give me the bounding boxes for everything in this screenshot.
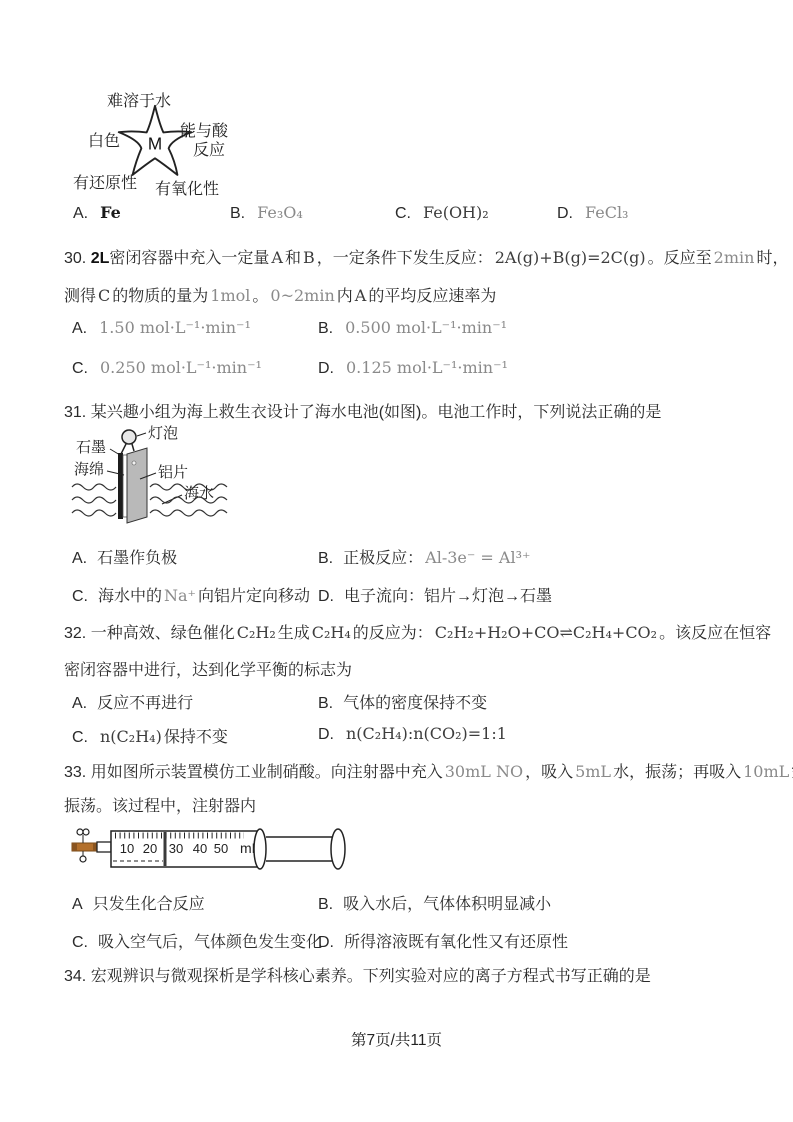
q32-stem-line2: 密闭容器中进行，达到化学平衡的标志为 (64, 657, 352, 680)
battery-label-seawater: 海水 (184, 485, 214, 502)
tick-40: 40 (193, 841, 207, 856)
q29-option-c: C.Fe(OH)₂ (395, 203, 491, 223)
q33-option-b: B.吸入水后，气体体积明显减小 (318, 891, 551, 914)
graphite-plate (118, 453, 123, 519)
bulb-icon (122, 430, 136, 444)
q33-option-c: C.吸入空气后，气体颜色发生变化 (72, 929, 322, 952)
q31-option-d: D.电子流向：铝片→灯泡→石墨 (318, 583, 552, 606)
star-label-right-2: 反应 (193, 137, 225, 160)
tick-30: 30 (169, 841, 183, 856)
q31-stem: 31. 某兴趣小组为海上救生衣设计了海水电池(如图)。电池工作时，下列说法正确的… (64, 399, 661, 422)
q29-option-b: B.Fe₃O₄ (230, 203, 305, 223)
q30-option-d: D.0.125 mol·L⁻¹·min⁻¹ (318, 358, 510, 378)
q30-stem-line2: 测得C的物质的量为1mol。0~2min内A的平均反应速率为 (64, 283, 496, 306)
q31-option-a: A.石墨作负极 (72, 545, 177, 568)
battery-label-aluminum: 铝片 (158, 463, 188, 481)
plunger-flange (254, 829, 266, 869)
q32-option-c: C.n(C₂H₄)保持不变 (72, 724, 228, 747)
exam-page: 难溶于水 白色 能与酸 反应 有还原性 有氧化性 M A.Fe B.Fe₃O₄ … (0, 0, 793, 1122)
aluminum-plate (127, 448, 147, 523)
q33-stem-line1: 33. 用如图所示装置模仿工业制硝酸。向注射器中充入30mL NO，吸入5mL水… (64, 759, 793, 782)
q29-option-d: D.FeCl₃ (557, 203, 630, 223)
q33-syringe-figure: 10 20 30 40 50 mL (68, 820, 358, 884)
star-center-label: M (148, 134, 162, 154)
q29-option-a: A.Fe (73, 203, 123, 223)
battery-label-bulb: 灯泡 (148, 425, 178, 442)
q31-option-c: C.海水中的Na⁺向铝片定向移动 (72, 583, 310, 606)
q33-stem-line2: 振荡。该过程中，注射器内 (64, 793, 256, 816)
battery-label-graphite: 石墨 (76, 439, 106, 456)
q30-option-c: C.0.250 mol·L⁻¹·min⁻¹ (72, 358, 264, 378)
q30-stem-line1: 30. 2L密闭容器中充入一定量A和B，一定条件下发生反应：2A(g)+B(g)… (64, 245, 788, 268)
tick-10: 10 (120, 841, 134, 856)
q33-option-d: D.所得溶液既有氧化性又有还原性 (318, 929, 568, 952)
q31-option-b: B.正极反应：Al-3e⁻ = Al³⁺ (318, 545, 532, 568)
battery-label-sponge: 海绵 (74, 461, 104, 478)
star-shape: M (114, 100, 196, 188)
q29-star-figure: 难溶于水 白色 能与酸 反应 有还原性 有氧化性 M (73, 88, 313, 200)
tick-20: 20 (143, 841, 157, 856)
q32-stem-line1: 32. 一种高效、绿色催化C₂H₂生成C₂H₄的反应为：C₂H₂+H₂O+CO⇌… (64, 620, 771, 643)
q31-battery-figure: 灯泡 石墨 海绵 铝片 海水 (70, 425, 310, 543)
page-number: 第7页/共11页 (0, 1028, 793, 1050)
q34-stem: 34. 宏观辨识与微观探析是学科核心素养。下列实验对应的离子方程式书写正确的是 (64, 963, 651, 986)
plunger-handle (331, 829, 345, 869)
tick-50: 50 (214, 841, 228, 856)
sponge-layer (123, 455, 127, 517)
q32-option-a: A.反应不再进行 (72, 690, 193, 713)
q30-option-b: B.0.500 mol·L⁻¹·min⁻¹ (318, 318, 509, 338)
plunger-seal (164, 832, 167, 866)
q30-option-a: A.1.50 mol·L⁻¹·min⁻¹ (72, 318, 253, 338)
q32-option-d: D.n(C₂H₄):n(CO₂)=1:1 (318, 724, 509, 744)
q32-option-b: B.气体的密度保持不变 (318, 690, 487, 713)
q33-option-a: A只发生化合反应 (72, 891, 205, 914)
